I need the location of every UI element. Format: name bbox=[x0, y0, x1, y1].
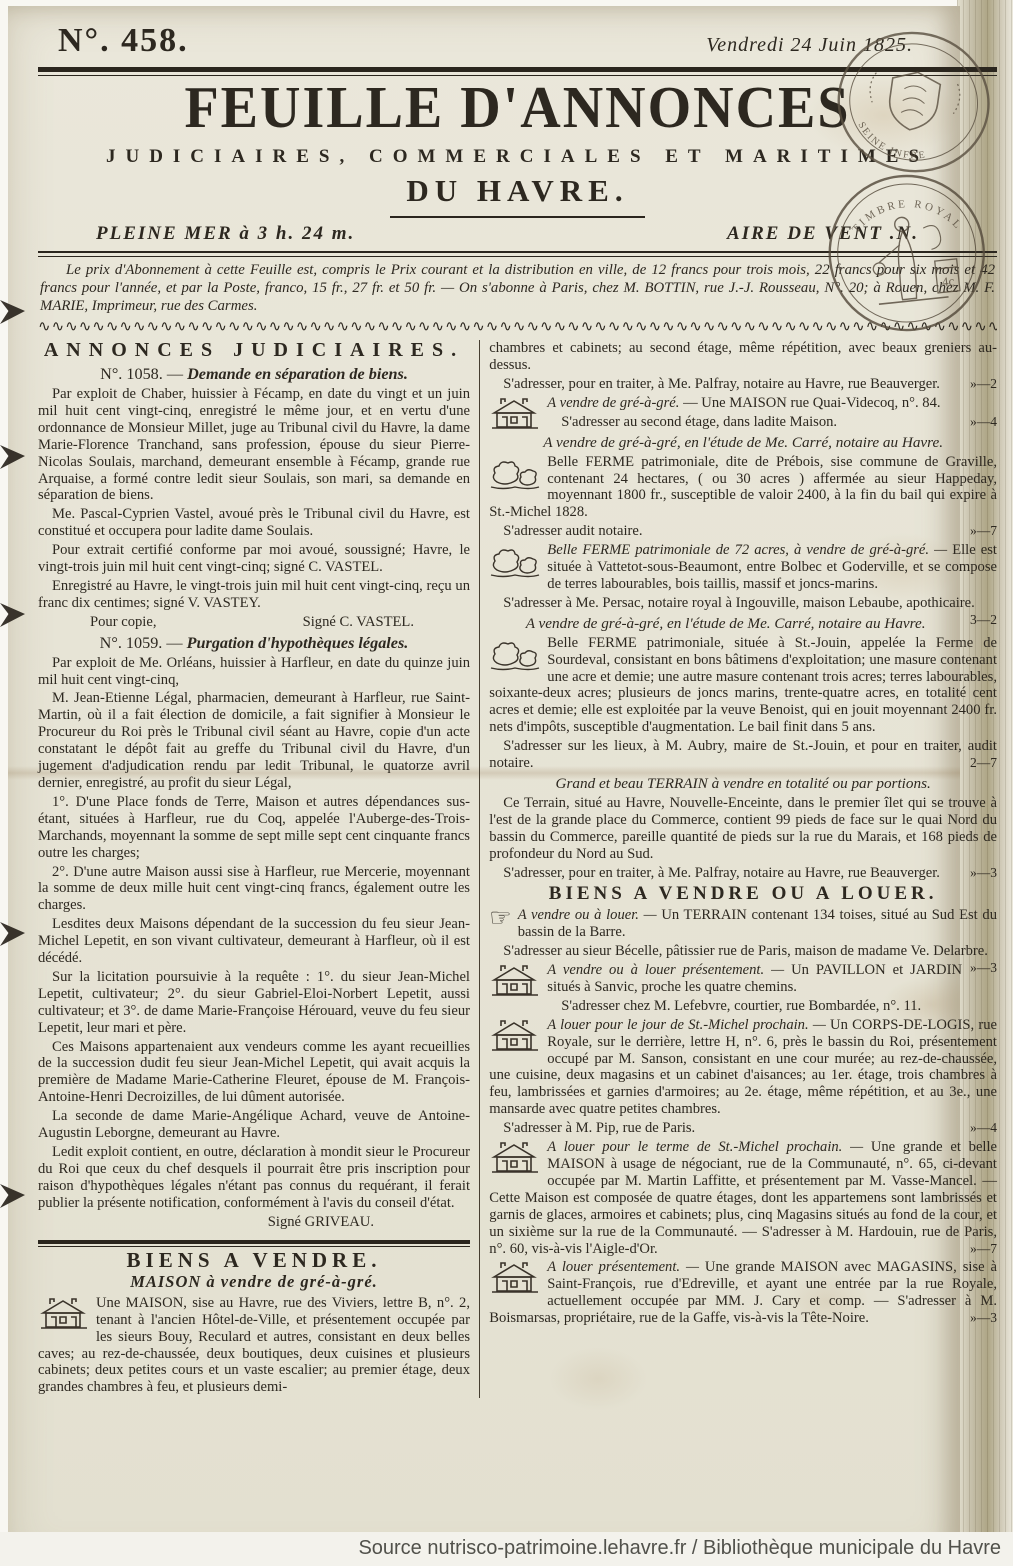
stamp-legend: TIMBRE ROYAL bbox=[847, 192, 965, 244]
right-column: chambres et cabinets; au second étage, m… bbox=[489, 340, 997, 1398]
ad-ferme-sourdeval: Belle FERME patrimoniale, située à St.-J… bbox=[489, 635, 997, 736]
ad-reference-mark: »—4 bbox=[962, 414, 997, 431]
notice-1058-paragraph: Enregistré au Havre, le vingt-trois juin… bbox=[38, 578, 470, 612]
notice-1059-paragraph: La seconde de dame Marie-Angélique Achar… bbox=[38, 1108, 470, 1142]
house-woodcut-icon bbox=[489, 1019, 541, 1055]
notice-1059-paragraph: Par exploit de Me. Orléans, huissier à H… bbox=[38, 655, 470, 689]
ad-heading-terrain: Grand et beau TERRAIN à vendre en totali… bbox=[489, 776, 997, 793]
masthead-mini-rule bbox=[390, 216, 645, 218]
notice-1059-paragraph: Sur la licitation poursuivie à la requêt… bbox=[38, 969, 470, 1037]
notice-1058-paragraph: Me. Pascal-Cyprien Vastel, avoué près le… bbox=[38, 506, 470, 540]
notice-1059-paragraph: Ledit exploit contient, en outre, déclar… bbox=[38, 1144, 470, 1212]
ad-continuation: chambres et cabinets; au second étage, m… bbox=[489, 340, 997, 374]
ad-contact: S'adresser chez M. Lefebvre, courtier, r… bbox=[489, 998, 997, 1015]
ad-reference-mark: »—2 bbox=[962, 376, 997, 393]
source-caption-bar: Source nutrisco-patrimoine.lehavre.fr / … bbox=[0, 1532, 1013, 1566]
ad-reference-mark: »—7 bbox=[962, 1241, 997, 1258]
farm-woodcut-icon bbox=[489, 456, 541, 492]
ad-contact: S'adresser sur les lieux, à M. Aubry, ma… bbox=[489, 738, 997, 772]
ad-contact: S'adresser au second étage, dans ladite … bbox=[489, 414, 997, 431]
ad-maison-saint-francois: A louer présentement. — Une grande MAISO… bbox=[489, 1259, 997, 1327]
ad-ferme-72-acres: Belle FERME patrimoniale de 72 acres, à … bbox=[489, 542, 997, 593]
ad-contact: S'adresser audit notaire.»—7 bbox=[489, 523, 997, 540]
issue-number: N°. 458. bbox=[58, 22, 189, 60]
ad-terrain-134-toises: ☞A vendre ou à louer. — Un TERRAIN conte… bbox=[489, 907, 997, 941]
stamp-timbre-royal: TIMBRE ROYAL 4c bbox=[813, 160, 1000, 352]
notice-1059-heading: N°. 1059. — Purgation d'hypothèques léga… bbox=[38, 635, 470, 652]
section-rule bbox=[38, 1240, 470, 1248]
ad-contact: S'adresser, pour en traiter, à Me. Palfr… bbox=[489, 376, 997, 393]
ad-reference-mark: »—3 bbox=[962, 865, 997, 882]
ad-reference-mark: »—3 bbox=[962, 1310, 997, 1327]
house-woodcut-icon bbox=[38, 1297, 90, 1333]
notice-1059-paragraph: M. Jean-Etienne Légal, pharmacien, demeu… bbox=[38, 690, 470, 791]
section-title-annonces-judiciaires: ANNONCES JUDICIAIRES. bbox=[38, 342, 470, 359]
ad-heading-etude-carre: A vendre de gré-à-gré, en l'étude de Me.… bbox=[489, 435, 997, 452]
farm-woodcut-icon bbox=[489, 544, 541, 580]
notice-1059-paragraph: 2°. D'une autre Maison aussi sise à Harf… bbox=[38, 864, 470, 915]
column-divider bbox=[479, 340, 480, 1398]
stamp-legend: SEINE INFRE bbox=[852, 119, 932, 164]
house-woodcut-icon bbox=[489, 1141, 541, 1177]
notice-1059-signature: Signé GRIVEAU. bbox=[38, 1214, 470, 1231]
notice-1058-paragraph: Pour extrait certifié conforme par moi a… bbox=[38, 542, 470, 576]
newspaper-scan: N°. 458. Vendredi 24 Juin 1825. FEUILLE … bbox=[0, 0, 1013, 1566]
svg-text:SEINE INFRE: SEINE INFRE bbox=[852, 119, 932, 164]
source-caption-text: Source nutrisco-patrimoine.lehavre.fr / … bbox=[358, 1537, 1001, 1559]
notice-1059-paragraph: 1°. D'une Place fonds de Terre, Maison e… bbox=[38, 794, 470, 862]
section-title-biens-a-vendre-ou-a-louer: BIENS A VENDRE OU A LOUER. bbox=[489, 886, 997, 903]
notice-1059-paragraph: Lesdites deux Maisons dépendant de la su… bbox=[38, 916, 470, 967]
notice-1058-paragraph: Par exploit de Chaber, huissier à Fécamp… bbox=[38, 386, 470, 504]
house-woodcut-icon bbox=[489, 397, 541, 433]
notice-1058-copy-line: Pour copie,Signé C. VASTEL. bbox=[38, 614, 470, 631]
ad-corps-de-logis: A louer pour le jour de St.-Michel proch… bbox=[489, 1017, 997, 1118]
ad-contact: S'adresser à M. Pip, rue de Paris.»—4 bbox=[489, 1120, 997, 1137]
ad-contact: S'adresser au sieur Bécelle, pâtissier r… bbox=[489, 943, 997, 960]
tide-time: PLEINE MER à 3 h. 24 m. bbox=[96, 223, 355, 245]
ad-terrain-body: Ce Terrain, situé au Havre, Nouvelle-Enc… bbox=[489, 795, 997, 863]
ad-reference-mark: 3—2 bbox=[962, 612, 997, 629]
ad-heading-maison: MAISON à vendre de gré-à-gré. bbox=[38, 1274, 470, 1291]
house-woodcut-icon bbox=[489, 1261, 541, 1297]
ad-heading-etude-carre: A vendre de gré-à-gré, en l'étude de Me.… bbox=[489, 616, 997, 633]
ad-ferme-prebois: Belle FERME patrimoniale, dite de Préboi… bbox=[489, 454, 997, 522]
ad-contact: S'adresser à Me. Persac, notaire royal à… bbox=[489, 595, 997, 612]
ad-contact: S'adresser, pour en traiter, à Me. Palfr… bbox=[489, 865, 997, 882]
farm-woodcut-icon bbox=[489, 637, 541, 673]
ad-maison-communaute: A louer pour le terme de St.-Michel proc… bbox=[489, 1139, 997, 1257]
ad-reference-mark: 2—7 bbox=[962, 755, 997, 772]
left-column: ANNONCES JUDICIAIRES. N°. 1058. — Demand… bbox=[38, 340, 470, 1398]
ad-pavillon-jardin: A vendre ou à louer présentement. — Un P… bbox=[489, 962, 997, 996]
ad-reference-mark: »—4 bbox=[962, 1120, 997, 1137]
ad-maison-viviers: Une MAISON, sise au Havre, rue des Vivie… bbox=[38, 1295, 470, 1396]
ad-reference-mark: »—3 bbox=[962, 960, 997, 977]
ad-reference-mark: »—7 bbox=[962, 523, 997, 540]
pointing-hand-icon: ☞ bbox=[489, 907, 511, 931]
stamp-value: 4c bbox=[941, 273, 955, 289]
notice-1058-heading: N°. 1058. — Demande en séparation de bie… bbox=[38, 366, 470, 383]
section-title-biens-a-vendre: BIENS A VENDRE. bbox=[38, 1252, 470, 1269]
house-woodcut-icon bbox=[489, 964, 541, 1000]
svg-text:TIMBRE ROYAL: TIMBRE ROYAL bbox=[847, 192, 965, 244]
ad-maison-quai-videcoq: A vendre de gré-à-gré. — Une MAISON rue … bbox=[489, 395, 997, 412]
notice-1059-paragraph: Ces Maisons appartenaient aux vendeurs c… bbox=[38, 1039, 470, 1107]
